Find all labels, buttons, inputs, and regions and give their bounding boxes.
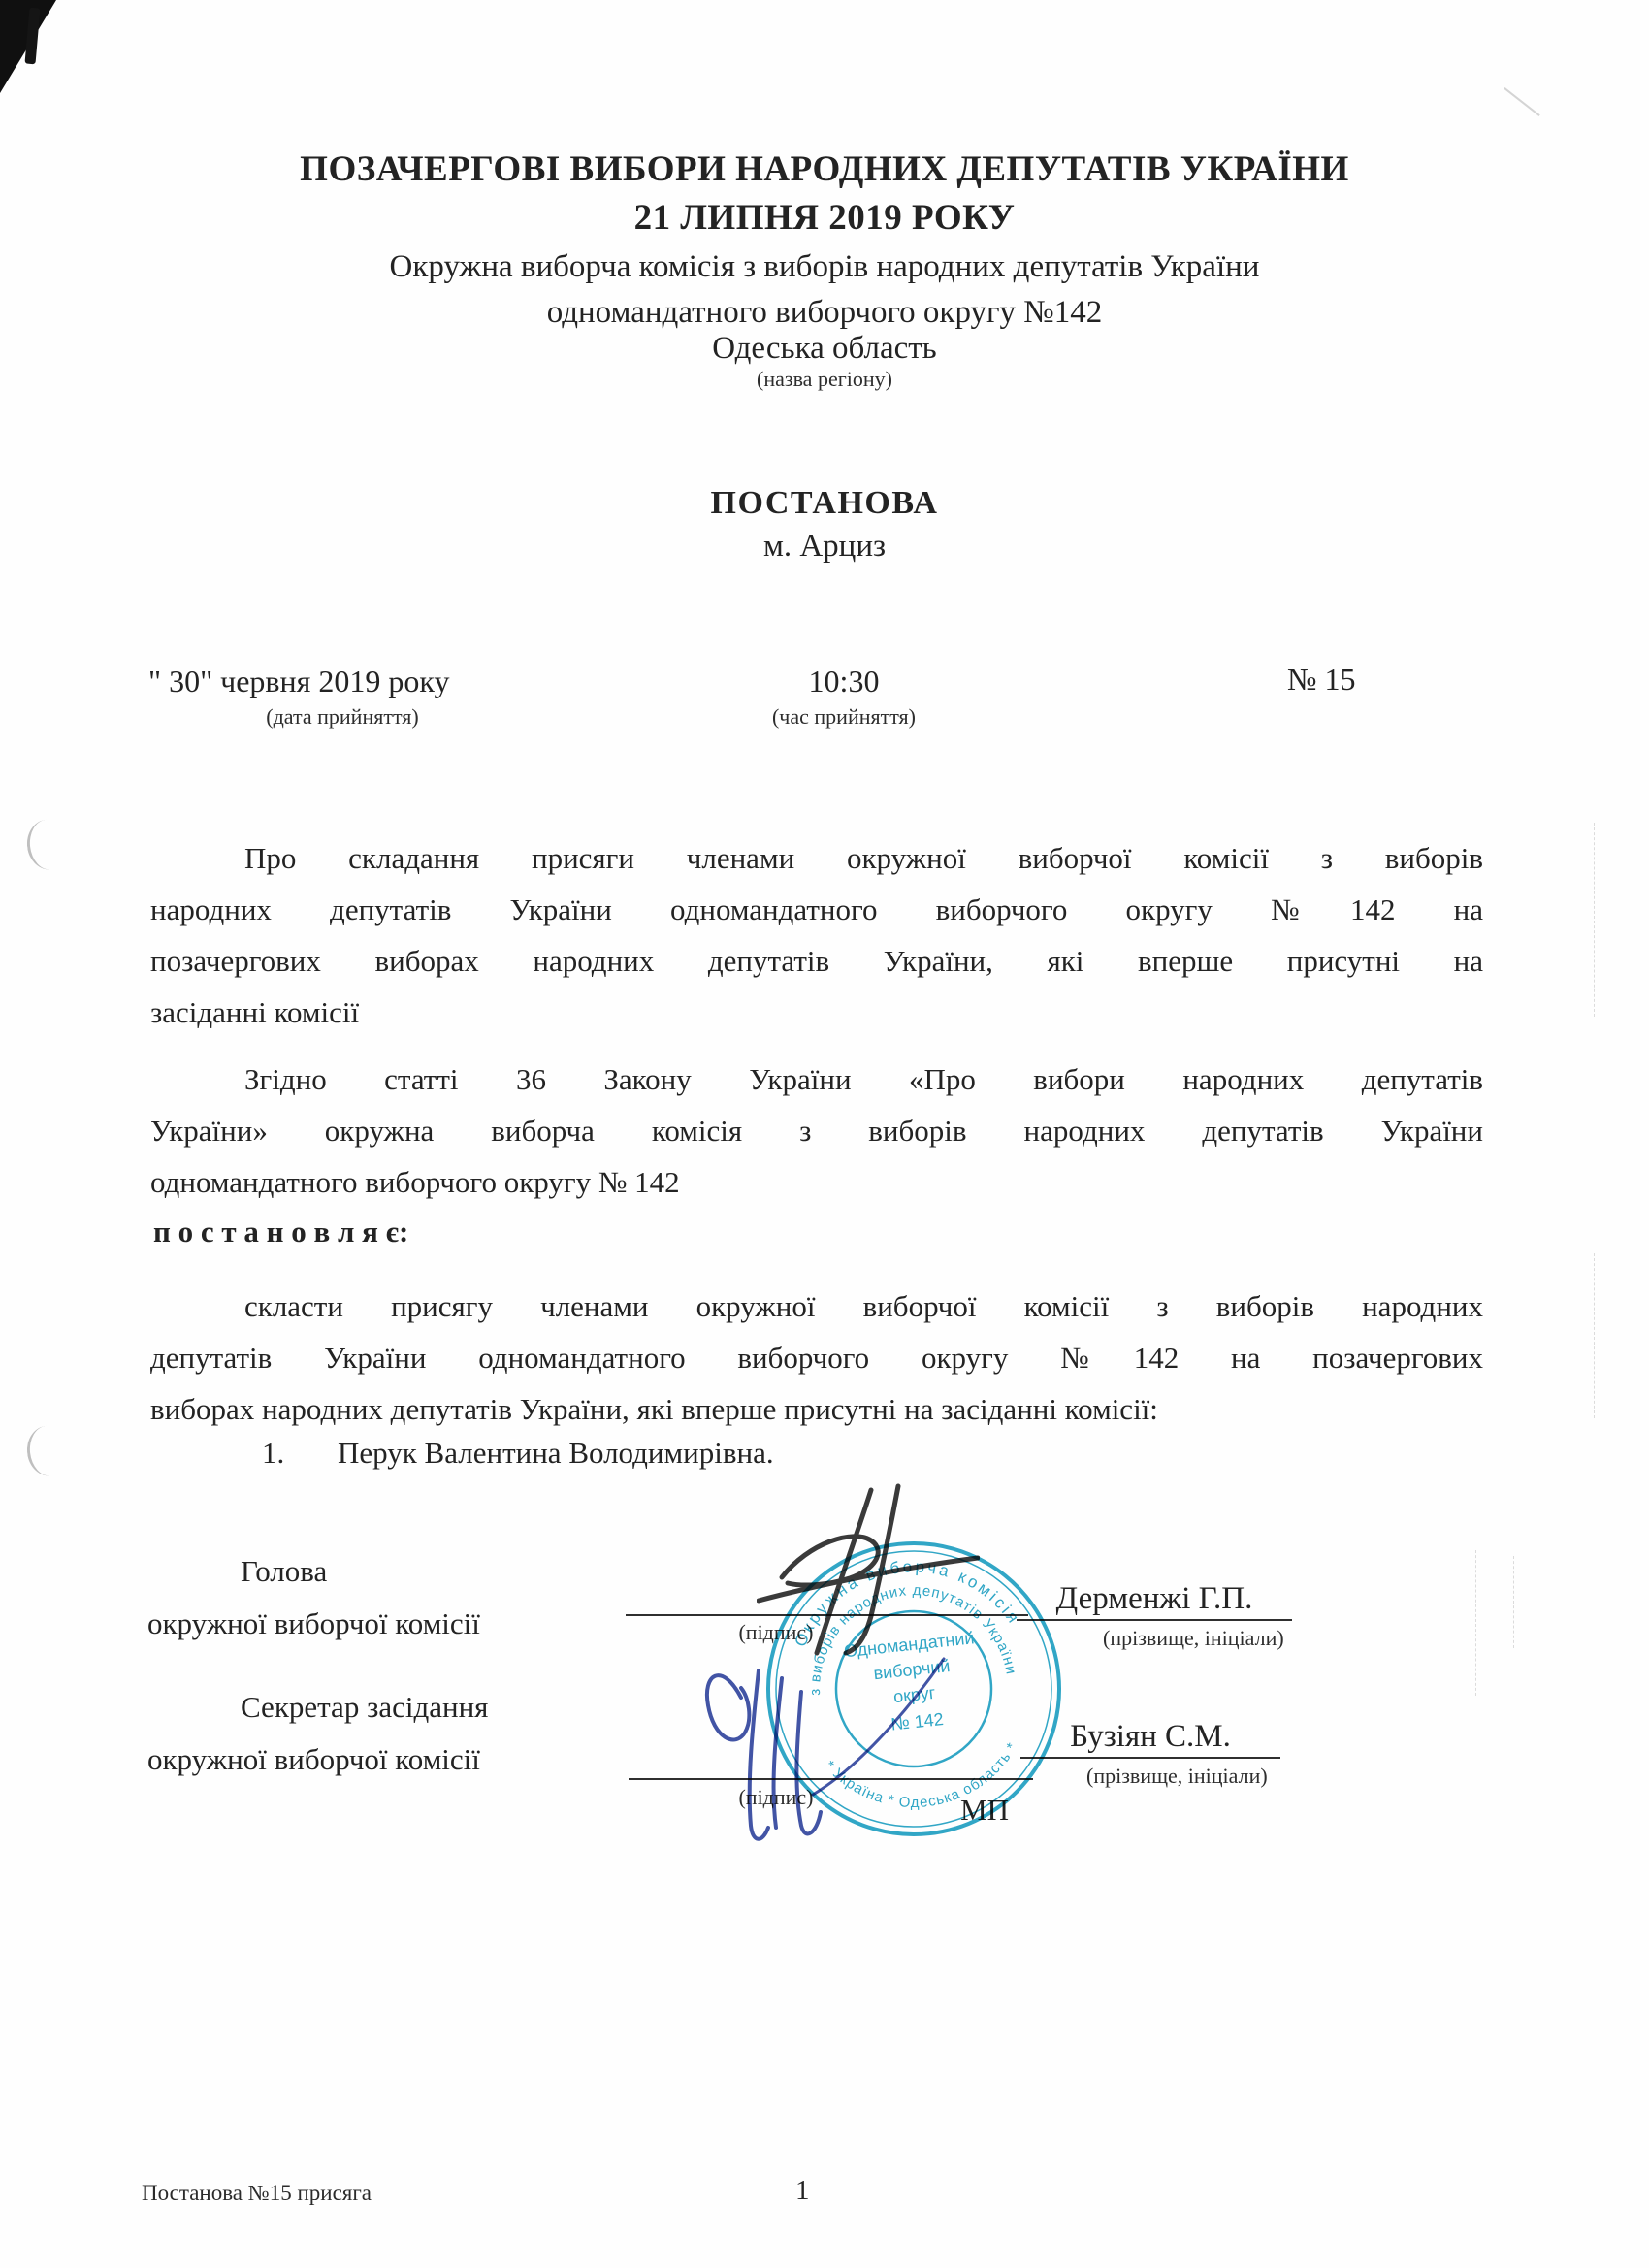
paragraph-operative: скласти присягу членами окружної виборчо… — [150, 1280, 1483, 1435]
text-line: одномандатного виборчого округу № 142 — [150, 1156, 1483, 1208]
stamp-center-line-1: Одномандатний — [843, 1628, 975, 1661]
secretary-role-line-2: окружної виборчої комісії — [147, 1733, 480, 1786]
text-line: засіданні комісії — [150, 987, 1483, 1038]
chair-role-line-1: Голова — [241, 1545, 327, 1598]
stamp-center-line-4: № 142 — [889, 1709, 944, 1734]
text-line: народних депутатів України одномандатног… — [150, 884, 1483, 935]
scan-artifact-line-4 — [1475, 1550, 1476, 1696]
scan-artifact-bracket-1 — [24, 818, 65, 872]
paragraph-legal-basis: Згідно статті 36 Закону України «Про виб… — [150, 1053, 1483, 1208]
scan-artifact-bracket-2 — [24, 1424, 65, 1478]
adoption-date-caption: (дата прийняття) — [148, 704, 536, 729]
scan-artifact-line-5 — [1513, 1556, 1514, 1648]
text-line: виборах народних депутатів України, які … — [150, 1383, 1483, 1435]
scan-artifact-line-2 — [1594, 823, 1595, 1017]
region-caption: (назва регіону) — [0, 367, 1649, 392]
document-title: ПОЗАЧЕРГОВІ ВИБОРИ НАРОДНИХ ДЕПУТАТІВ УК… — [0, 146, 1649, 243]
scan-artifact-line-3 — [1594, 1253, 1595, 1418]
decree-word: п о с т а н о в л я є: — [153, 1215, 408, 1249]
stamp-center-line-2: виборчий — [873, 1656, 952, 1683]
text-line: скласти присягу членами окружної виборчо… — [150, 1280, 1483, 1332]
adoption-time: 10:30 — [747, 664, 941, 699]
place-name: м. Арциз — [0, 529, 1649, 565]
resolution-number: № 15 — [1287, 662, 1356, 697]
stamp-center-line-3: округ — [892, 1683, 937, 1706]
text-line: Про складання присяги членами окружної в… — [150, 832, 1483, 884]
doc-type-heading: ПОСТАНОВА — [0, 485, 1649, 522]
secretary-name-caption: (прізвище, ініціали) — [1086, 1764, 1268, 1789]
adoption-time-caption: (час прийняття) — [679, 704, 1009, 729]
text-line: депутатів України одномандатного виборчо… — [150, 1332, 1483, 1383]
chair-role-line-2: окружної виборчої комісії — [147, 1598, 480, 1650]
commission-line-1: Окружна виборча комісія з виборів народн… — [0, 244, 1649, 290]
scanned-document-page: ПОЗАЧЕРГОВІ ВИБОРИ НАРОДНИХ ДЕПУТАТІВ УК… — [0, 0, 1649, 2268]
scan-artifact-corner — [0, 0, 56, 93]
region-name: Одеська область — [0, 331, 1649, 367]
secretary-role-line-1: Секретар засідання — [241, 1681, 488, 1733]
text-line: Згідно статті 36 Закону України «Про виб… — [150, 1053, 1483, 1105]
footer-doc-ref: Постанова №15 присяга — [142, 2181, 372, 2206]
paragraph-subject: Про складання присяги членами окружної в… — [150, 832, 1483, 1038]
adoption-date: " 30" червня 2019 року — [148, 664, 449, 699]
commission-stamp: Окружна виборча комісія з виборів народн… — [743, 1518, 1084, 1860]
list-item-name: Перук Валентина Володимирівна. — [338, 1436, 774, 1471]
chair-name-caption: (прізвище, ініціали) — [1103, 1626, 1284, 1651]
title-line-2: 21 ЛИПНЯ 2019 РОКУ — [0, 194, 1649, 243]
text-line: позачергових виборах народних депутатів … — [150, 935, 1483, 987]
scan-artifact-smudge — [24, 8, 40, 65]
text-line: України» окружна виборча комісія з вибор… — [150, 1105, 1483, 1156]
scan-artifact-scratch — [1503, 87, 1539, 116]
title-line-1: ПОЗАЧЕРГОВІ ВИБОРИ НАРОДНИХ ДЕПУТАТІВ УК… — [0, 146, 1649, 194]
commission-name: Окружна виборча комісія з виборів народн… — [0, 244, 1649, 336]
list-item: 1. Перук Валентина Володимирівна. — [262, 1436, 774, 1471]
list-item-number: 1. — [262, 1436, 338, 1471]
page-number: 1 — [795, 2175, 810, 2207]
commission-line-2: одномандатного виборчого округу №142 — [0, 290, 1649, 336]
